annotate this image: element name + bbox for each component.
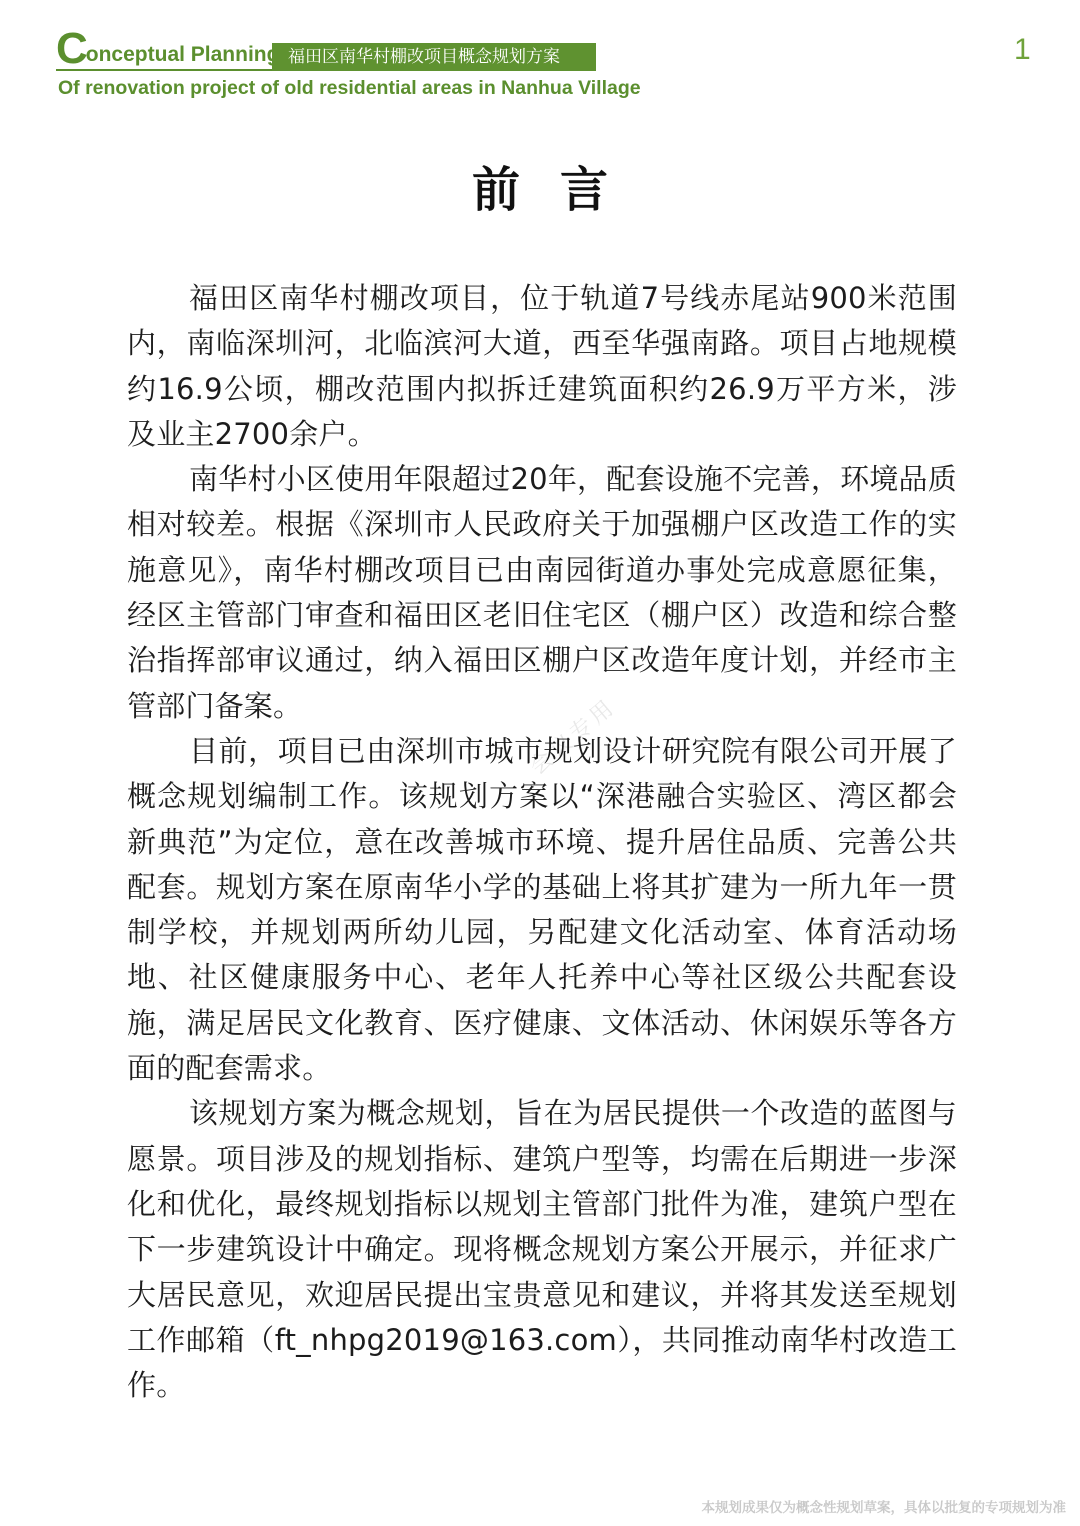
brand-initial: C [56,24,86,73]
header-subtitle: Of renovation project of old residential… [58,75,641,101]
brand-title-rest: onceptual Planning [86,43,280,66]
document-header: Conceptual Planning 福田区南华村棚改项目概念规划方案 Of … [56,28,676,108]
page-number: 1 [1014,32,1031,68]
body-text: 福田区南华村棚改项目，位于轨道7号线赤尾站900米范围内，南临深圳河，北临滨河大… [127,276,957,1408]
brand-underline [56,69,272,71]
project-title-band: 福田区南华村棚改项目概念规划方案 [272,43,596,71]
brand-english-title: Conceptual Planning [56,28,279,70]
paragraph: 该规划方案为概念规划，旨在为居民提供一个改造的蓝图与愿景。项目涉及的规划指标、建… [127,1091,957,1408]
page-title: 前言 [0,158,1080,222]
paragraph: 福田区南华村棚改项目，位于轨道7号线赤尾站900米范围内，南临深圳河，北临滨河大… [127,276,957,457]
paragraph: 南华村小区使用年限超过20年，配套设施不完善，环境品质相对较差。根据《深圳市人民… [127,457,957,729]
footer-disclaimer: 本规划成果仅为概念性规划草案，具体以批复的专项规划为准 [702,1499,1067,1517]
paragraph: 目前，项目已由深圳市城市规划设计研究院有限公司开展了概念规划编制工作。该规划方案… [127,729,957,1091]
